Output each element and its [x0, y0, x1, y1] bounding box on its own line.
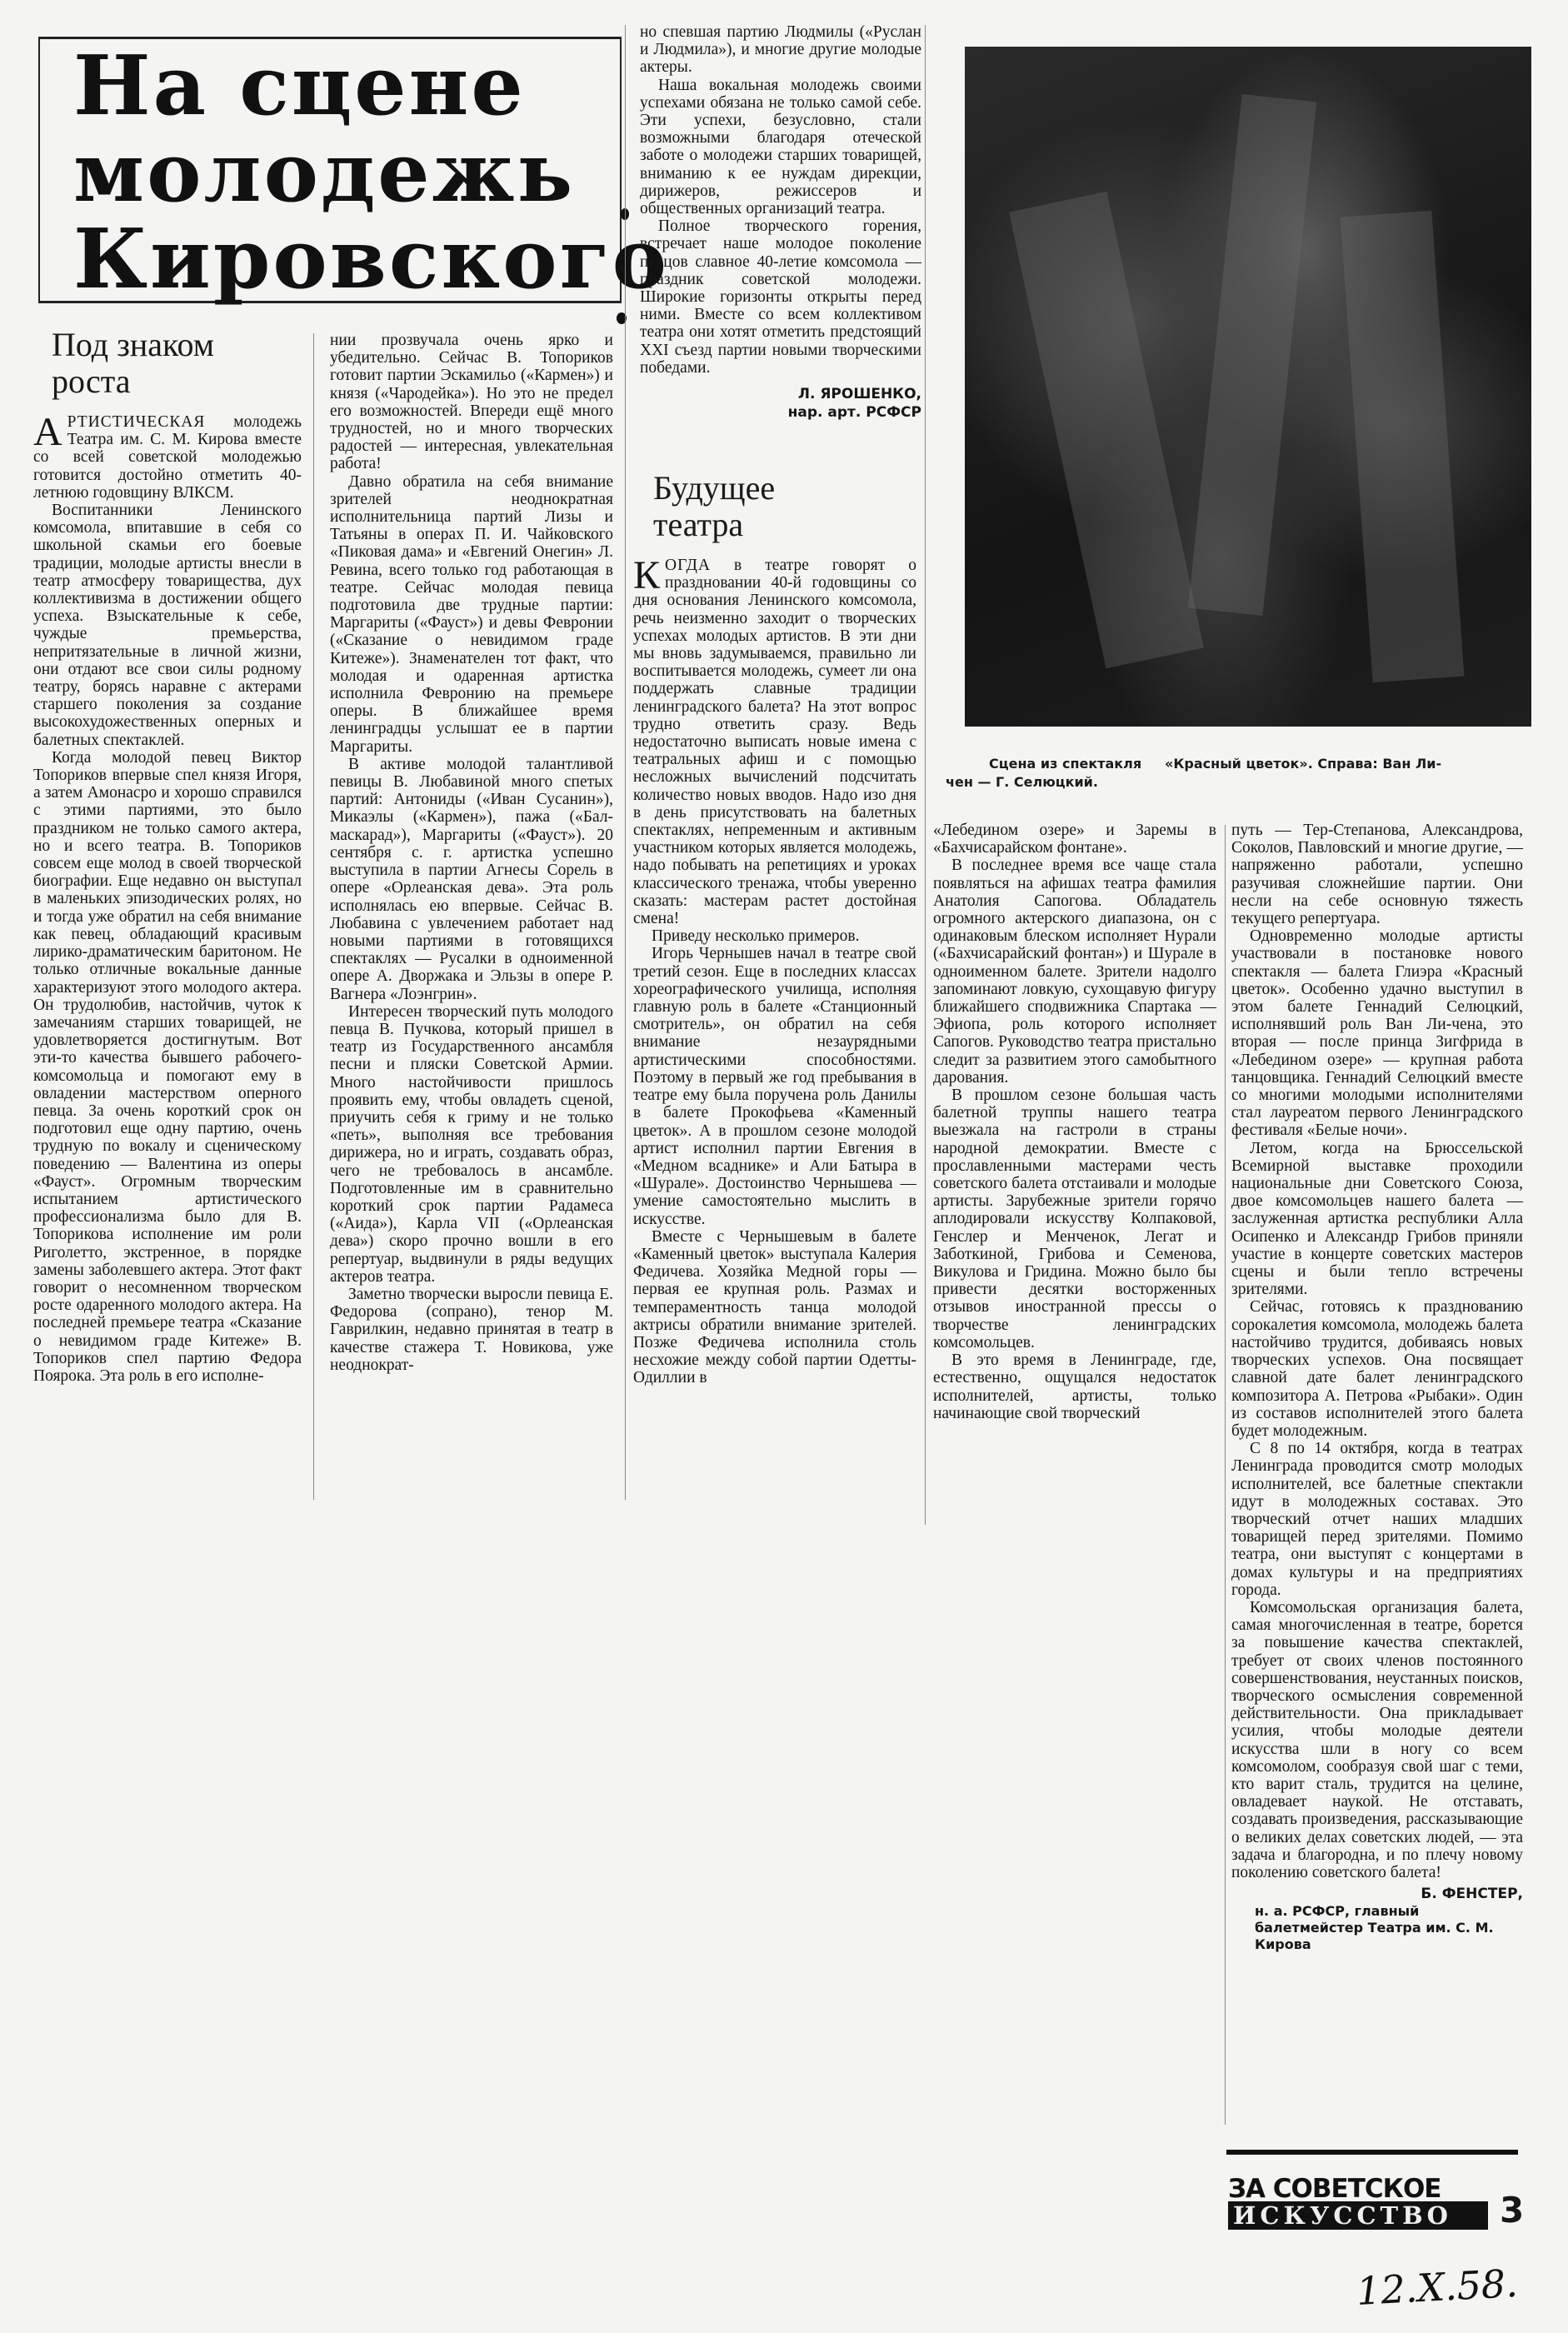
- newspaper-masthead: ЗА СОВЕТСКОЕ ИСКУССТВО: [1228, 2176, 1488, 2230]
- subhead-line: роста: [52, 363, 214, 400]
- subhead-line: Будущее: [653, 470, 775, 507]
- author-name: Л. ЯРОШЕНКО,: [640, 385, 921, 403]
- article1-column1: АРТИСТИЧЕСКАЯ молодежь Театра им. С. М. …: [33, 413, 302, 1385]
- caption-text: чен — Г. Селюцкий.: [946, 774, 1098, 790]
- paragraph: В последнее время все чаще стала появлят…: [933, 857, 1216, 1087]
- column-divider: [313, 333, 314, 1500]
- masthead-line: ИСКУССТВО: [1228, 2201, 1488, 2230]
- paragraph: Комсомольская организация балета, самая …: [1231, 1599, 1523, 1881]
- author-role: н. а. РСФСР, главный балетмейстер Театра…: [1231, 1903, 1523, 1953]
- page-number: 3: [1500, 2190, 1524, 2231]
- paragraph: С 8 по 14 октября, когда в театрах Ленин…: [1231, 1440, 1523, 1599]
- masthead-line: ЗА СОВЕТСКОЕ: [1228, 2176, 1488, 2201]
- paragraph-text: в театре говорят о праздновании 40-й год…: [633, 557, 916, 927]
- photo-caption: Сцена из спектакля «Красный цветок». Спр…: [946, 755, 1529, 792]
- author-role: нар. арт. РСФСР: [640, 403, 921, 422]
- column-divider: [925, 25, 926, 1525]
- paragraph: Сейчас, готовясь к празднованию сорокале…: [1231, 1298, 1523, 1440]
- photo-figure: [1188, 94, 1316, 616]
- lead-paragraph: КОГДА в театре говорят о праздновании 40…: [633, 557, 916, 927]
- author-signature: Б. ФЕНСТЕР,: [1231, 1885, 1523, 1903]
- paragraph: нии прозвучала очень ярко и убедительно.…: [330, 332, 613, 473]
- caption-text: «Красный цветок». Справа: Ван Ли-: [1165, 756, 1441, 772]
- lead-paragraph: АРТИСТИЧЕСКАЯ молодежь Театра им. С. М. …: [33, 413, 302, 502]
- article-subhead: Будущее театра: [653, 470, 775, 543]
- page-title: На сцене молодежь Кировского: [73, 43, 623, 303]
- article2-column3: путь — Тер-Степанова, Александрова, Соко…: [1231, 822, 1523, 1953]
- paragraph: Игорь Чернышев начал в театре свой трети…: [633, 945, 916, 1227]
- article2-column2: «Лебедином озере» и Заремы в «Бахчисарай…: [933, 822, 1216, 1422]
- paragraph: Полное творческого горения, встречает на…: [640, 217, 921, 377]
- paragraph: Заметно творчески выросли певица Е. Федо…: [330, 1286, 613, 1374]
- subhead-line: Под знаком: [52, 327, 214, 363]
- drop-cap: К: [633, 560, 660, 592]
- paragraph: Летом, когда на Брюссельской Всемирной в…: [1231, 1140, 1523, 1299]
- paragraph: Наша вокальная молодежь своими успехами …: [640, 77, 921, 218]
- lead-caps: ОГДА: [665, 557, 711, 574]
- column-divider: [625, 25, 626, 1500]
- article1-column2: нии прозвучала очень ярко и убедительно.…: [330, 332, 613, 1374]
- author-signature: Л. ЯРОШЕНКО, нар. арт. РСФСР: [640, 385, 921, 422]
- paragraph: В активе молодой талантливой певицы В. Л…: [330, 756, 613, 1003]
- paragraph: Воспитанники Ленинского комсомола, впита…: [33, 502, 302, 749]
- subhead-line: театра: [653, 507, 775, 543]
- headline-line: молодежь: [73, 130, 623, 217]
- paragraph: Давно обратила на себя внимание зрителей…: [330, 473, 613, 756]
- paragraph: Интересен творческий путь молодого певца…: [330, 1003, 613, 1286]
- column-divider: [1225, 825, 1226, 2125]
- headline-line: Кировского: [73, 217, 623, 303]
- paragraph: путь — Тер-Степанова, Александрова, Соко…: [1231, 822, 1523, 927]
- paragraph: В это время в Ленинграде, где, естествен…: [933, 1351, 1216, 1422]
- photo-figure: [1009, 192, 1204, 669]
- paragraph: Одновременно молодые артисты участвовали…: [1231, 927, 1523, 1139]
- lead-caps: РТИСТИЧЕСКАЯ: [67, 413, 206, 431]
- paragraph: В прошлом сезоне большая часть балетной …: [933, 1087, 1216, 1351]
- article1-column3: но спевшая партию Людмилы («Руслан и Люд…: [640, 23, 921, 422]
- paragraph: Приведу несколько примеров.: [633, 927, 916, 945]
- paragraph: Когда молодой певец Виктор Топориков впе…: [33, 749, 302, 1385]
- caption-text: Сцена из спектакля: [989, 756, 1141, 772]
- photo-figure: [1341, 211, 1465, 682]
- article-subhead: Под знаком роста: [52, 327, 214, 400]
- paragraph: но спевшая партию Людмилы («Руслан и Люд…: [640, 23, 921, 77]
- article2-column1: КОГДА в театре говорят о праздновании 40…: [633, 557, 916, 1387]
- handwritten-date: 12.X.58.: [1356, 2261, 1519, 2314]
- ballet-scene-photo: [965, 47, 1531, 727]
- footer-rule: [1226, 2150, 1518, 2155]
- author-name: Б. ФЕНСТЕР,: [1231, 1885, 1523, 1903]
- paragraph: Вместе с Чернышевым в балете «Каменный ц…: [633, 1228, 916, 1387]
- drop-cap: А: [33, 417, 62, 448]
- paragraph: «Лебедином озере» и Заремы в «Бахчисарай…: [933, 822, 1216, 857]
- headline-line: На сцене: [73, 43, 623, 130]
